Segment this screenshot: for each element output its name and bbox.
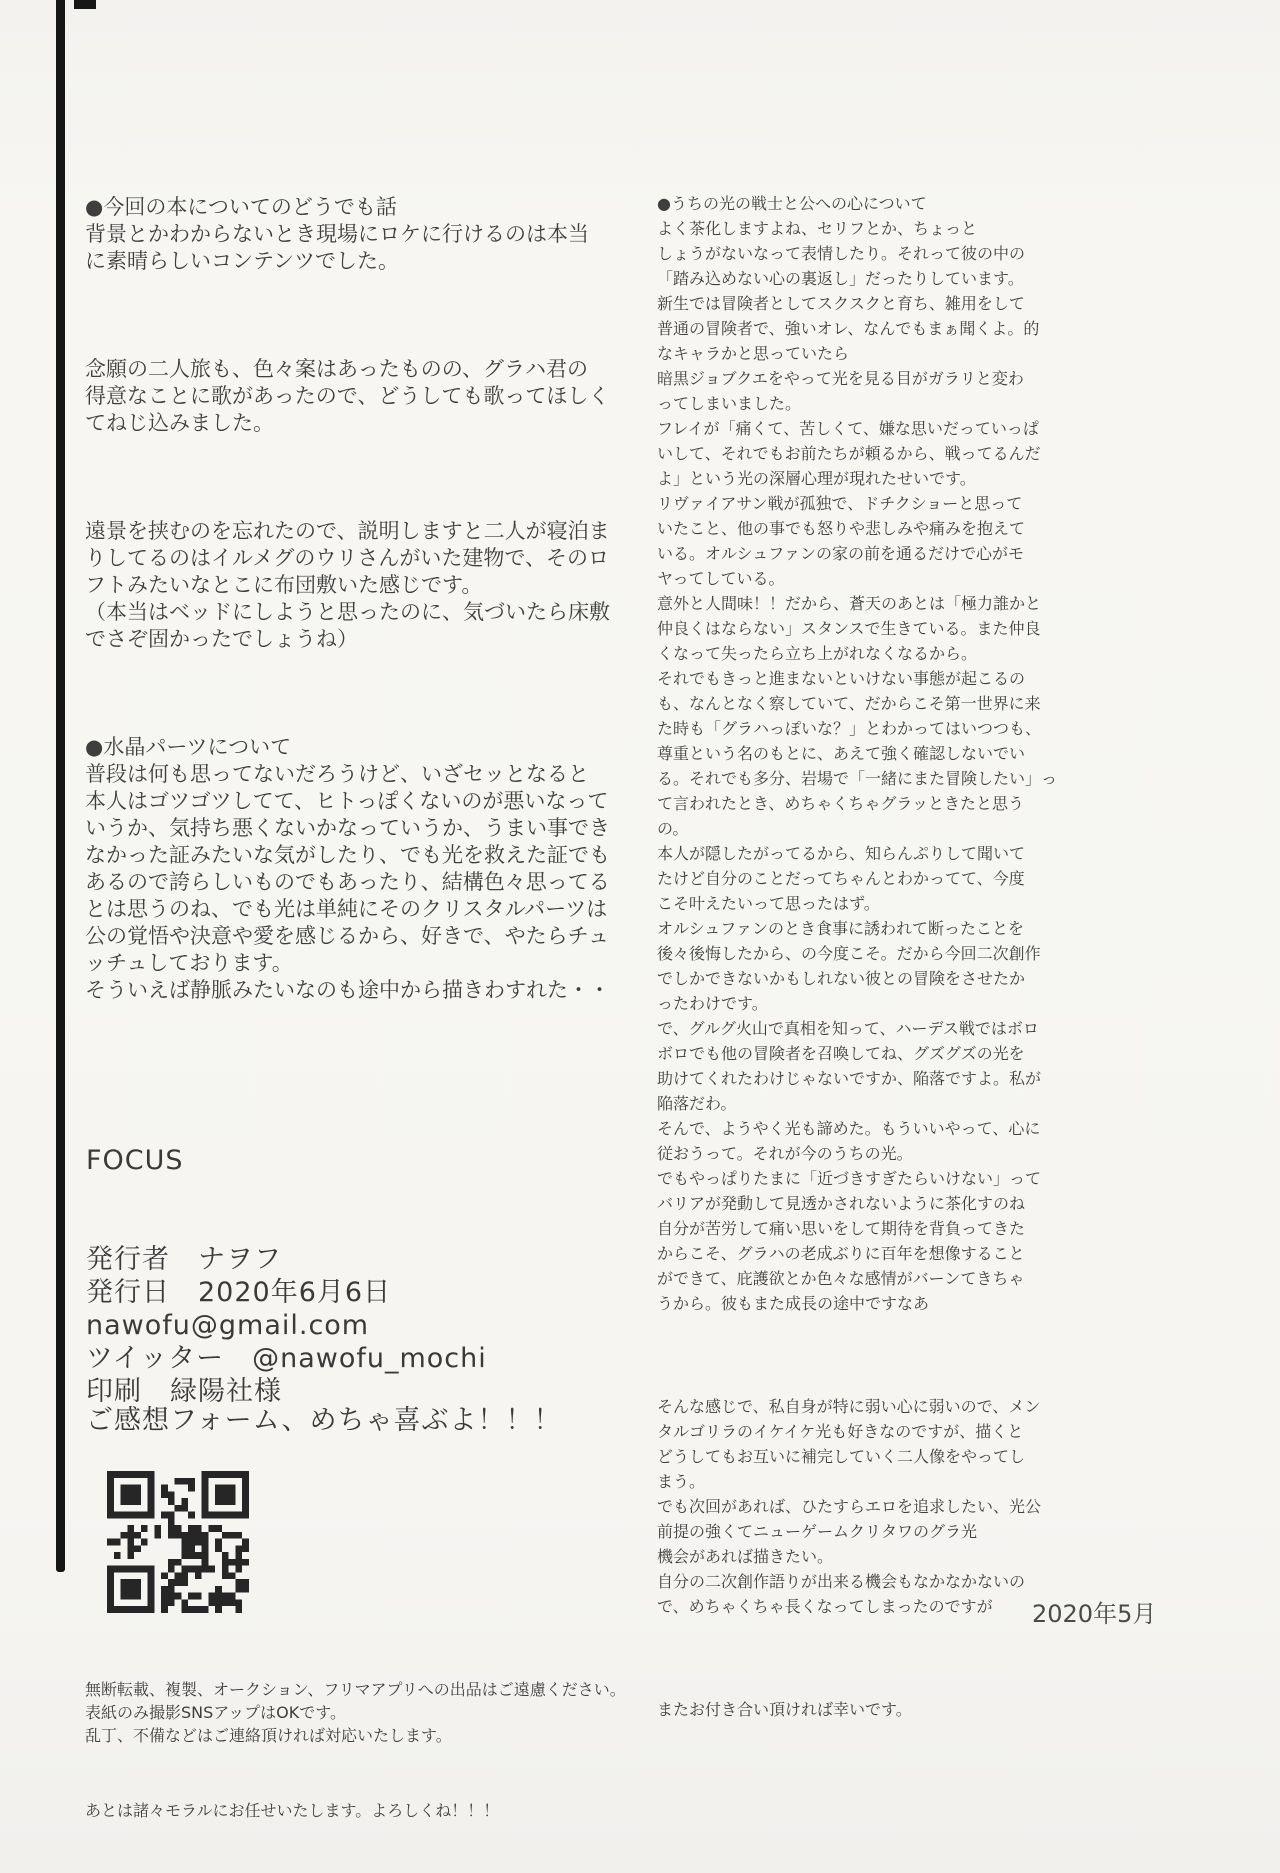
section-author-feelings: そんな感じで、私自身が特に弱い心に弱いので、メン タルゴリラのイケイケ光も好きな… [657,1394,1037,1619]
section-lodging: 遠景を挟むのを忘れたので、説明しますと二人が寝泊ま りしてるのはイルメグのウリさ… [85,518,620,653]
section-crystal-parts: ●水晶パーツについて 普段は何も思ってないだろうけど、いざセッとなると 本人はゴ… [85,734,620,1004]
scanned-afterword-page: ●今回の本についてのどうでも話 背景とかわからないとき現場にロケに行けるのは本当… [0,0,1280,1873]
date-note: 2020年5月 [1032,1594,1156,1629]
right-column: ●うちの光の戦士と公への心について よく茶化しますよね、セリフとか、ちょっと し… [657,141,1037,1800]
binding-scan-mark [74,0,96,9]
section-about-book: ●今回の本についてのどうでも話 背景とかわからないとき現場にロケに行けるのは本当… [85,194,620,275]
binding-scan-line [56,0,65,1572]
section-warrior-of-light: ●うちの光の戦士と公への心について よく茶化しますよね、セリフとか、ちょっと し… [657,191,1037,1316]
left-column: ●今回の本についてのどうでも話 背景とかわからないとき現場にロケに行けるのは本当… [85,140,620,1085]
footer-moral-line: あとは諸々モラルにお任せいたします。よろしくね！！！ [85,1799,626,1822]
section-duo-trip: 念願の二人旅も、色々案はあったものの、グラハ君の 得意なことに歌があったので、ど… [85,356,620,437]
footer-notices: 無断転載、複製、オークション、フリマアプリへの出品はご遠慮ください。 表紙のみ撮… [85,1632,626,1868]
circle-title: FOCUS [86,1144,487,1177]
qr-code-icon [107,1468,249,1616]
section-closing: またお付き合い頂ければ幸いです。 [657,1697,1037,1722]
feedback-note: ご感想フォーム、めちゃ喜ぶよ！！！ [86,1398,561,1437]
colophon-lines: 発行者 ナヲフ 発行日 2020年6月6日 nawofu@gmail.com ツ… [86,1243,487,1408]
footer-lines: 無断転載、複製、オークション、フリマアプリへの出品はご遠慮ください。 表紙のみ撮… [85,1678,626,1747]
